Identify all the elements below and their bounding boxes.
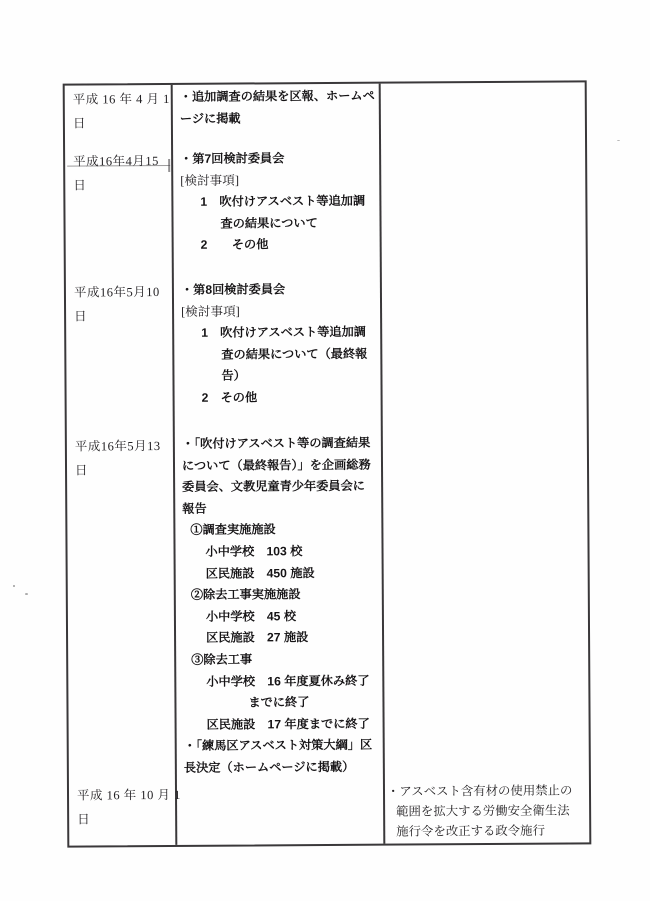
events-cell: ・追加調査の結果を区報、ホームページに掲載 — [180, 86, 382, 130]
date-line: 日 — [73, 111, 175, 136]
date-line: 日 — [77, 807, 179, 832]
date-line: 平成16年5月10 — [74, 280, 176, 305]
date-cell: 平成16年5月10日 — [74, 280, 176, 329]
event-text-line: 告） — [221, 365, 383, 388]
events-cell: ・第8回検討委員会[検討事項]1 吹付けアスベスト等追加調査の結果について（最終… — [181, 279, 384, 410]
event-text-line: までに終了 — [248, 692, 385, 714]
event-text-line: 小中学校 16 年度夏休み終了 — [206, 670, 385, 693]
scan-speck — [617, 140, 620, 141]
event-text-line: 1 吹付けアスベスト等追加調 — [200, 191, 382, 214]
date-line: 日 — [74, 304, 176, 329]
event-text-line: ③除去工事 — [191, 649, 385, 672]
event-text-line: 査の結果について — [220, 212, 382, 235]
event-text-line: ①調査実施施設 — [190, 519, 384, 542]
event-text-line: ・第8回検討委員会 — [181, 279, 383, 302]
event-text-line: 区民施設 450 施設 — [206, 562, 385, 585]
event-text-line: [検討事項] — [181, 300, 383, 323]
event-text-line: ージに掲載 — [180, 107, 382, 130]
timeline-table: 平成 16 年 4 月 1日・追加調査の結果を区報、ホームページに掲載平成16年… — [63, 80, 592, 847]
event-text-line: 委員会、文教児童青少年委員会に — [182, 476, 384, 499]
event-text-line: 小中学校 103 校 — [205, 541, 384, 564]
event-text-line: 区民施設 27 施設 — [206, 627, 385, 650]
event-text-line: 報告 — [182, 497, 384, 520]
event-text-line: ・「吹付けアスベスト等の調査結果 — [182, 433, 384, 456]
date-cell: 平成 16 年 10 月 1日 — [77, 783, 179, 832]
event-text-line: 2 その他 — [201, 234, 383, 257]
event-text-line: 長決定（ホームページに掲載） — [184, 757, 386, 780]
date-line: 平成 16 年 10 月 1 — [77, 783, 179, 808]
date-cell: 平成16年4月15日 — [73, 149, 175, 198]
event-text-line: ・第7回検討委員会 — [180, 148, 382, 171]
events-cell: ・「吹付けアスベスト等の調査結果について（最終報告）」を企画総務委員会、文教児童… — [182, 433, 386, 780]
note-text-line: ・アスベスト含有材の使用禁止の — [387, 780, 587, 801]
event-text-line: 1 吹付けアスベスト等追加調 — [201, 322, 383, 345]
scan-speck — [13, 585, 15, 587]
scan-speck — [25, 593, 28, 595]
event-text-line: ②除去工事実施施設 — [191, 584, 385, 607]
date-line: 平成16年5月13 — [75, 434, 177, 459]
date-cell: 平成 16 年 4 月 1日 — [73, 87, 175, 136]
event-text-line: ・「練馬区アスベスト対策大綱」区 — [184, 735, 386, 758]
event-text-line: ・追加調査の結果を区報、ホームペ — [180, 86, 382, 109]
date-line: 平成 16 年 4 月 1 — [73, 87, 175, 112]
date-line: 日 — [73, 173, 175, 198]
date-line: 日 — [75, 458, 177, 483]
scanned-document-page: 平成 16 年 4 月 1日・追加調査の結果を区報、ホームページに掲載平成16年… — [0, 0, 650, 901]
event-text-line: 小中学校 45 校 — [206, 605, 385, 628]
event-text-line: 査の結果について（最終報 — [221, 343, 383, 366]
event-text-line: について（最終報告）」を企画総務 — [182, 454, 384, 477]
event-text-line: [検討事項] — [180, 169, 382, 192]
note-text-line: 範囲を拡大する労働安全衛生法 — [396, 800, 587, 821]
note-text-line: 施行令を改正する政令施行 — [396, 820, 587, 841]
event-text-line: 2 その他 — [202, 387, 384, 410]
date-cell: 平成16年5月13日 — [75, 434, 177, 483]
notes-cell: ・アスベスト含有材の使用禁止の範囲を拡大する労働安全衛生法施行令を改正する政令施… — [387, 780, 587, 841]
events-cell: ・第7回検討委員会[検討事項]1 吹付けアスベスト等追加調査の結果について2 そ… — [180, 148, 383, 257]
date-line: 平成16年4月15 — [73, 149, 175, 174]
event-text-line: 区民施設 17 年度までに終了 — [207, 713, 386, 736]
